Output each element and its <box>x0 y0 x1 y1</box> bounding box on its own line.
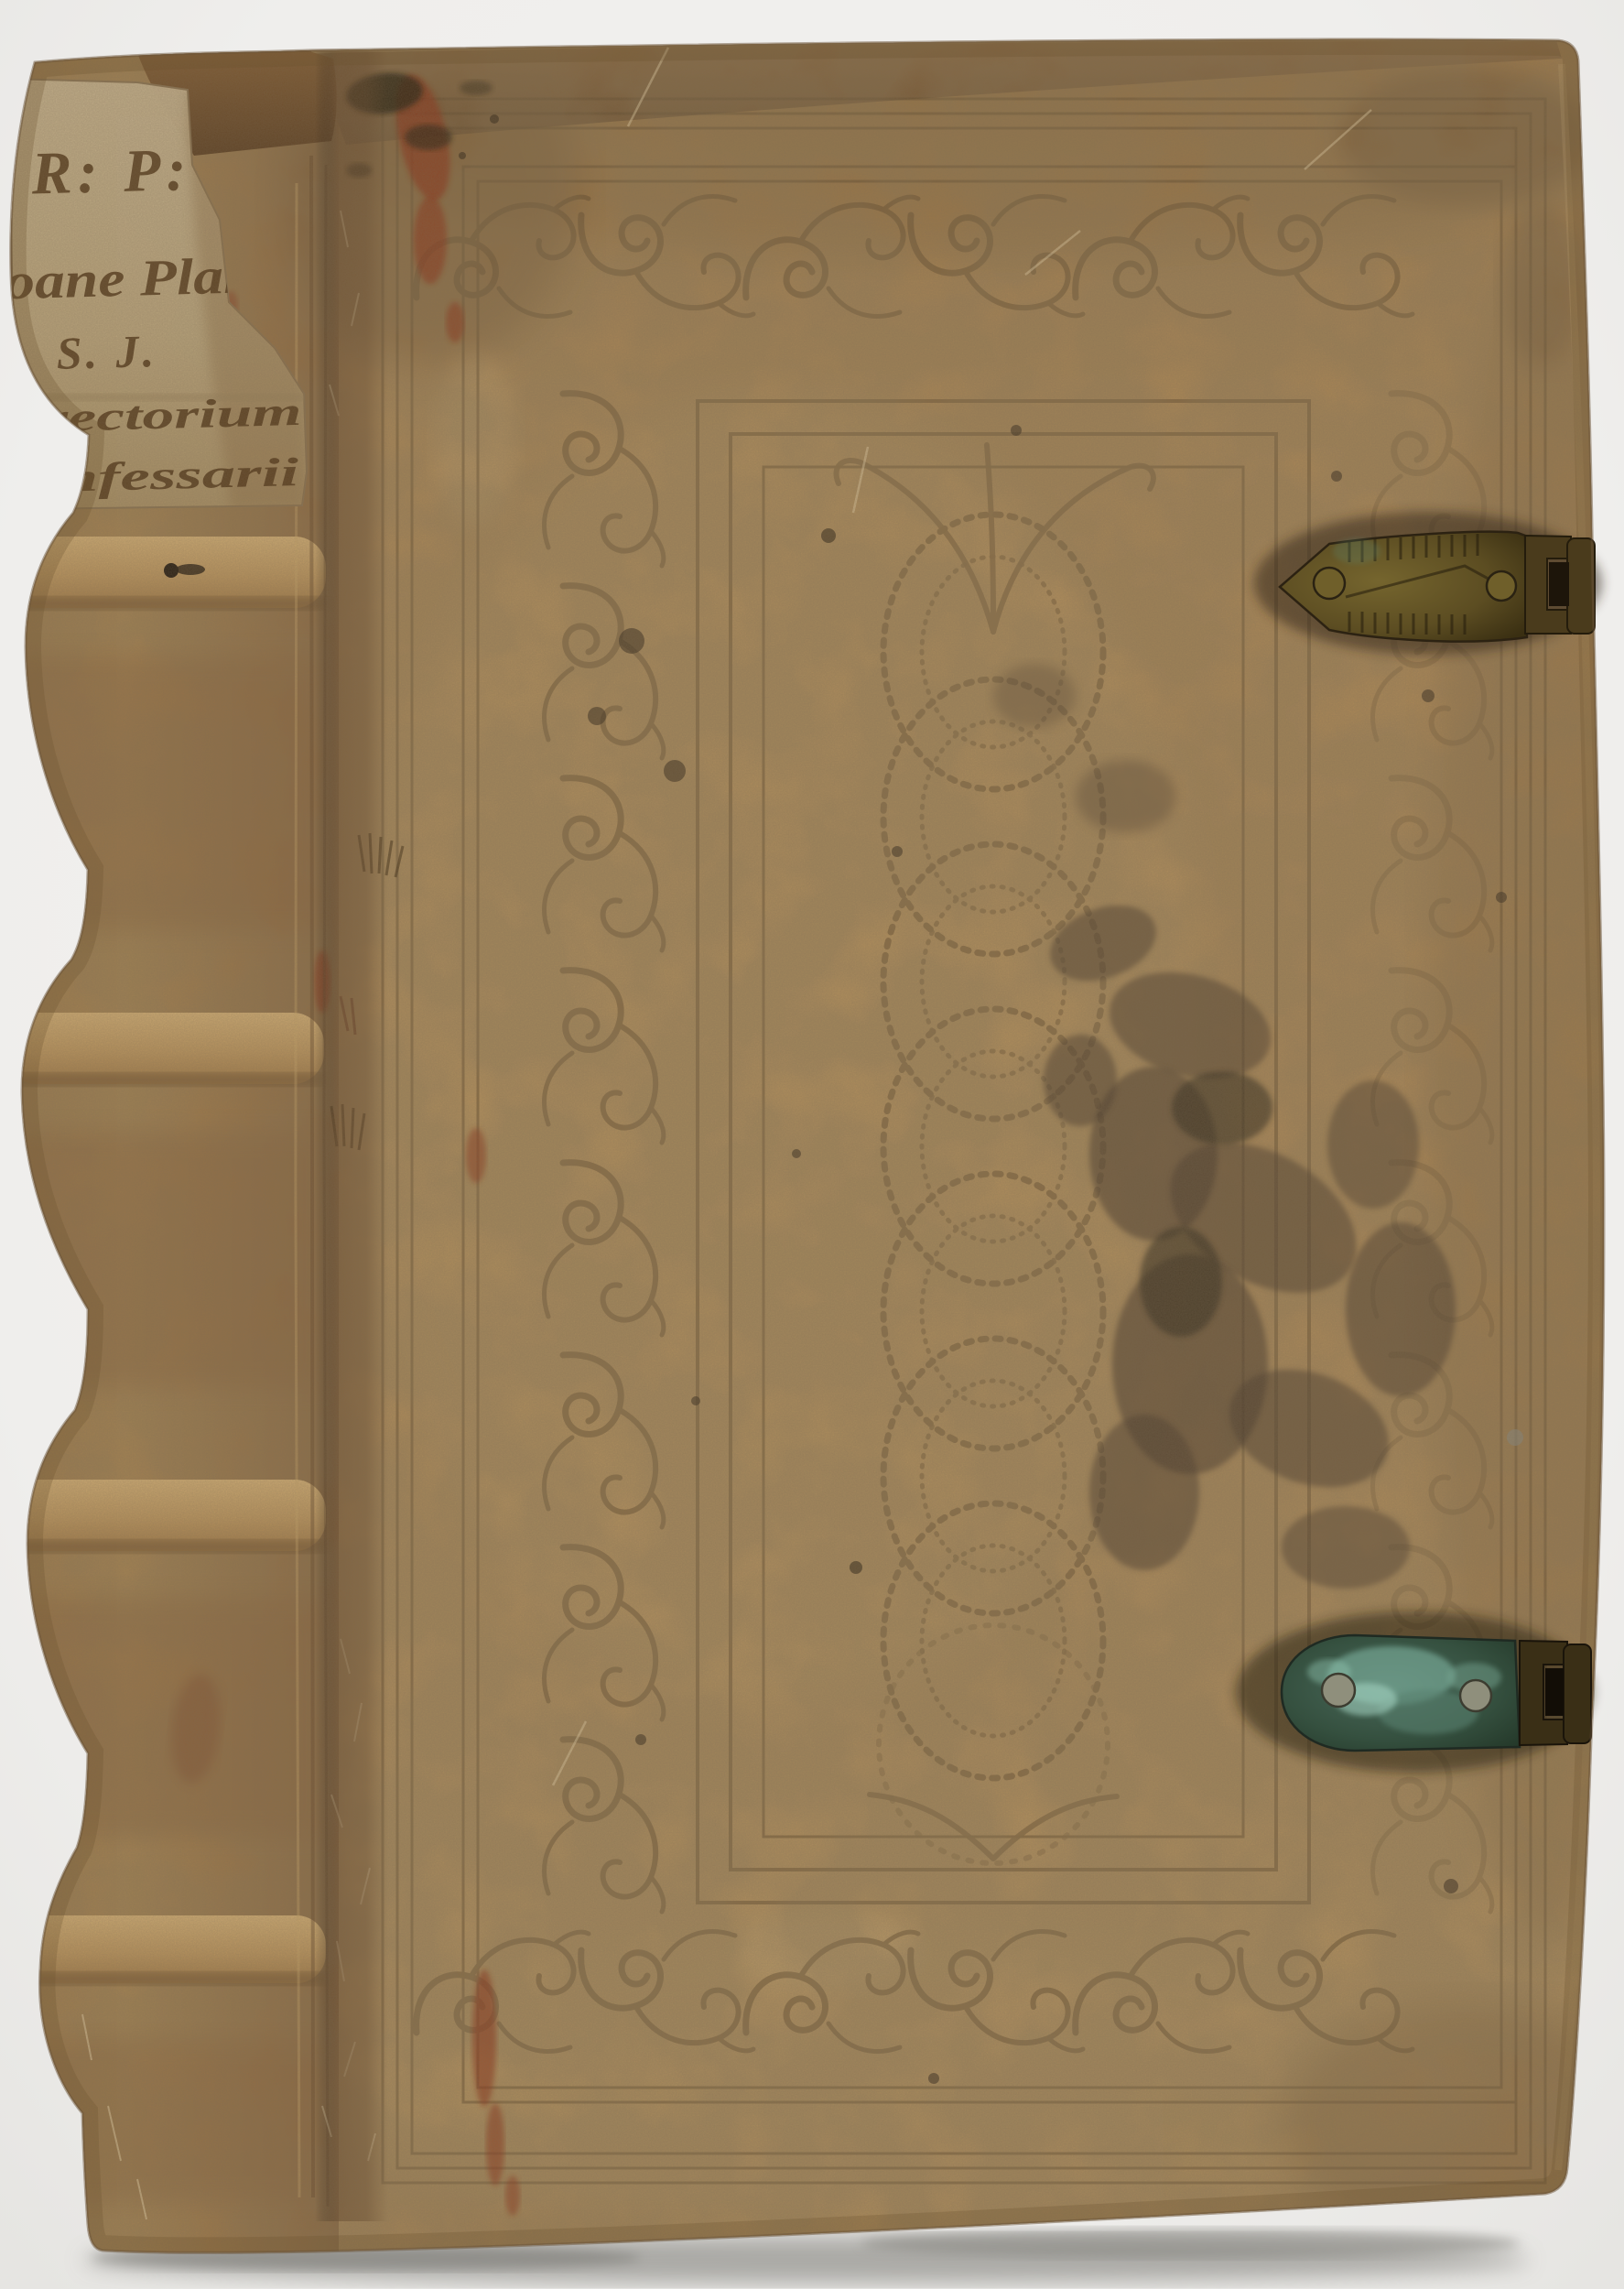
clasp-upper-rivet <box>1487 571 1516 601</box>
book: R: P: Ioane Planc S. J. Directorium Conf… <box>0 0 1624 2289</box>
leather-grain <box>0 0 1624 2289</box>
book-photo: R: P: Ioane Planc S. J. Directorium Conf… <box>0 0 1624 2289</box>
clasp-lower-slot <box>1545 1668 1564 1716</box>
clasp-upper-catch-bar <box>1567 538 1595 634</box>
clasp-lower-rivet <box>1460 1680 1491 1711</box>
clasp-upper <box>1254 512 1602 655</box>
photo-stage: Antique blind-tooled vellum-bound book w… <box>0 0 1624 2289</box>
clasp-upper-slot <box>1549 562 1569 606</box>
clasp-lower <box>1236 1611 1593 1773</box>
clasp-upper-rivet <box>1314 568 1345 599</box>
clasp-lower-catch-bar <box>1564 1644 1591 1743</box>
clasp-lower-rivet <box>1322 1674 1355 1707</box>
